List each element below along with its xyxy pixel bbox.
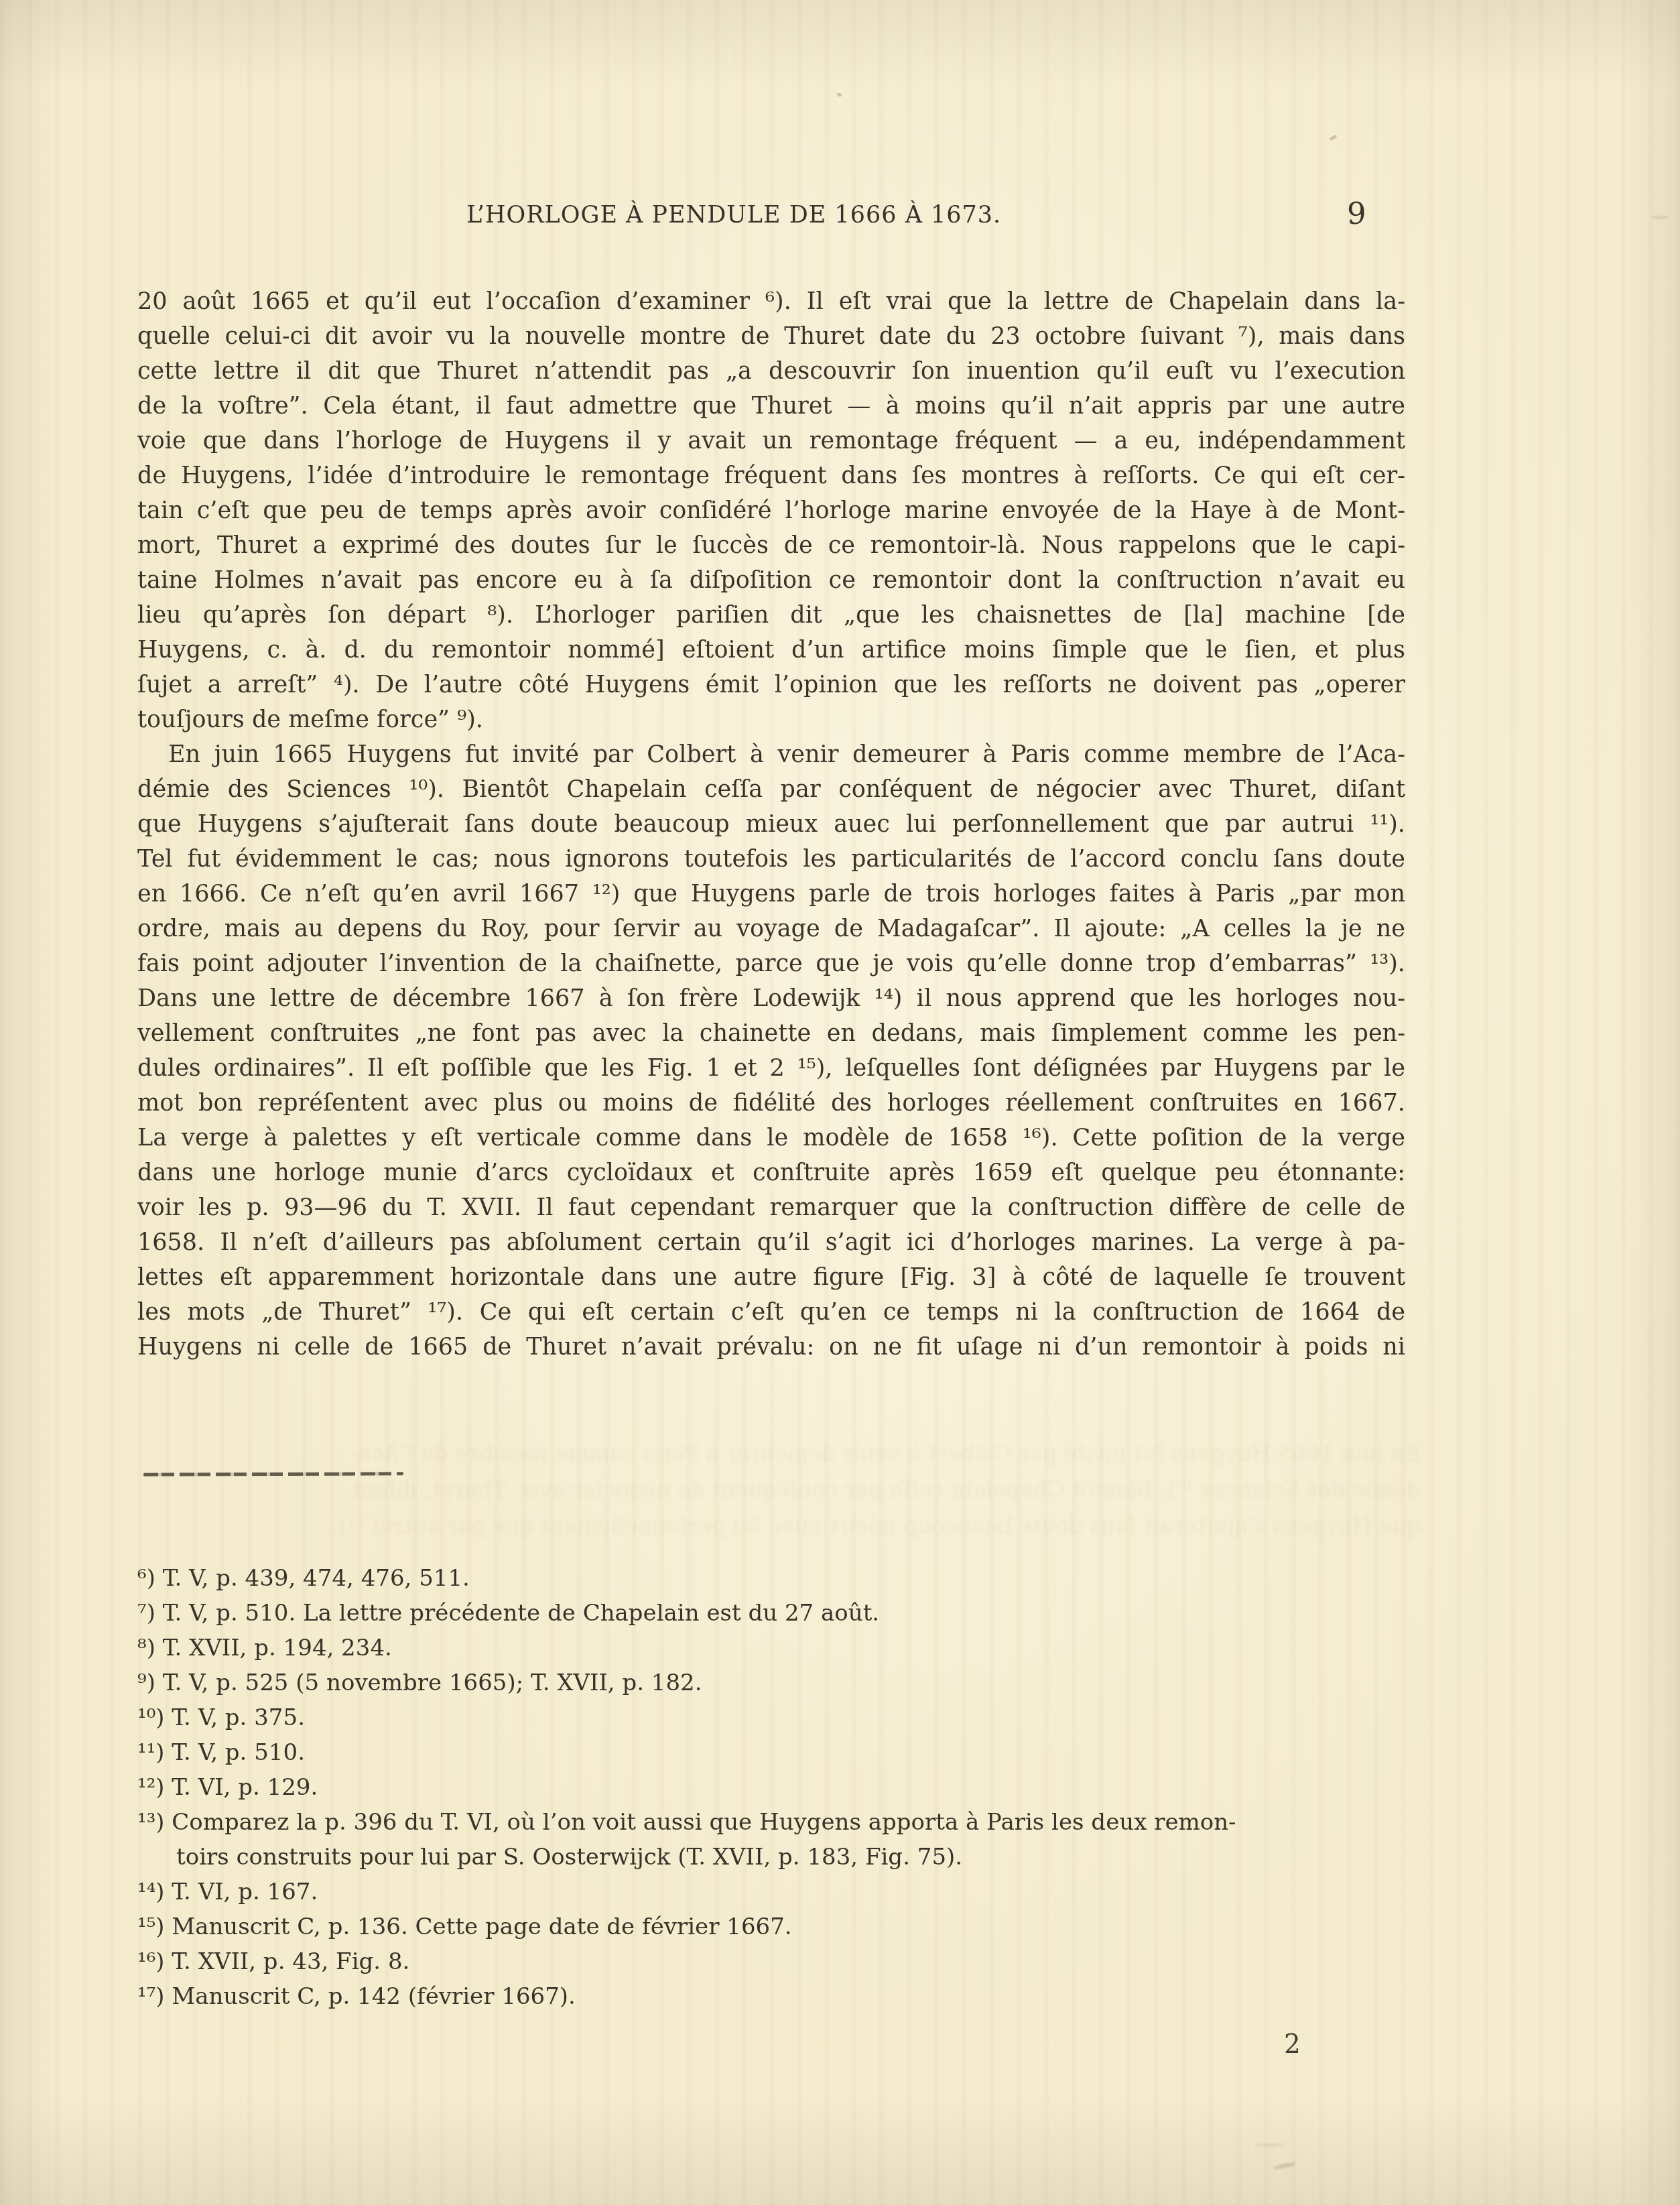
body-text: 20 août 1665 et qu’il eut l’occaſion d’e… — [137, 284, 1405, 1365]
footnote-line: ¹²) T. VI, p. 129. — [137, 1770, 1405, 1805]
body-line: de la voſtre”. Cela étant, il faut admet… — [137, 389, 1405, 424]
footnote-separator — [143, 1472, 403, 1476]
body-line: ordre, mais au depens du Roy, pour ſervi… — [137, 911, 1405, 946]
footnote-line: ¹¹) T. V, p. 510. — [137, 1735, 1405, 1770]
body-line: vellement conſtruites „ne font pas avec … — [137, 1016, 1405, 1051]
paper-speck — [1273, 2161, 1297, 2171]
footnote-line: ¹³) Comparez la p. 396 du T. VI, où l’on… — [137, 1805, 1405, 1840]
running-header-title: L’HORLOGE À PENDULE DE 1666 À 1673. — [466, 202, 1001, 229]
body-line: taine Holmes n’avait pas encore eu à ſa … — [137, 563, 1405, 598]
body-line: mot bon repréſentent avec plus ou moins … — [137, 1086, 1405, 1121]
body-line: les mots „de Thuret” ¹⁷). Ce qui eſt cer… — [137, 1295, 1405, 1330]
body-line: 20 août 1665 et qu’il eut l’occaſion d’e… — [137, 284, 1405, 319]
body-line: Huygens, c. à. d. du remontoir nommé] eſ… — [137, 633, 1405, 668]
body-line: touſjours de meſme force” ⁹). — [137, 702, 1405, 737]
body-line: de Huygens, l’idée d’introduire le remon… — [137, 458, 1405, 493]
paper-speck — [1254, 2143, 1285, 2147]
body-line: quelle celui-ci dit avoir vu la nouvelle… — [137, 319, 1405, 354]
body-line: Huygens ni celle de 1665 de Thuret n’ava… — [137, 1330, 1405, 1365]
footnote-line: ¹⁷) Manuscrit C, p. 142 (février 1667). — [137, 1979, 1405, 2014]
bleed-through-text: En juin 1665 Huygens fut invité par Colb… — [174, 1436, 1421, 1544]
body-line: mort, Thuret a exprimé des doutes ſur le… — [137, 528, 1405, 563]
bleed-through-line: que Huygens s’ajuſterait ſans doute beau… — [174, 1508, 1421, 1544]
paper-speck — [1651, 216, 1669, 219]
paper-speck — [1329, 135, 1337, 141]
paper-speck — [836, 92, 842, 97]
signature-mark: 2 — [1284, 2029, 1301, 2060]
footnote-line: ⁶) T. V, p. 439, 474, 476, 511. — [137, 1561, 1405, 1596]
body-line: démie des Sciences ¹⁰). Bientôt Chapelai… — [137, 772, 1405, 807]
footnote-line: ¹⁴) T. VI, p. 167. — [137, 1875, 1405, 1909]
body-line: lettes eſt apparemment horizontale dans … — [137, 1260, 1405, 1295]
footnote-line: ¹⁰) T. V, p. 375. — [137, 1700, 1405, 1735]
footnote-line: ⁷) T. V, p. 510. La lettre précédente de… — [137, 1596, 1405, 1631]
body-line: tain c’eſt que peu de temps après avoir … — [137, 493, 1405, 528]
footnotes: ⁶) T. V, p. 439, 474, 476, 511.⁷) T. V, … — [137, 1561, 1405, 2014]
body-line: Tel fut évidemment le cas; nous ignorons… — [137, 842, 1405, 877]
body-line: En juin 1665 Huygens fut invité par Colb… — [137, 737, 1405, 772]
body-line: dans une horloge munie d’arcs cycloïdaux… — [137, 1155, 1405, 1190]
book-page-scan: L’HORLOGE À PENDULE DE 1666 À 1673. 9 20… — [0, 0, 1680, 2205]
page-number: 9 — [1347, 196, 1366, 231]
footnote-line: ¹⁵) Manuscrit C, p. 136. Cette page date… — [137, 1909, 1405, 1944]
footnote-line: toirs construits pour lui par S. Oosterw… — [137, 1840, 1405, 1875]
body-line: Dans une lettre de décembre 1667 à ſon f… — [137, 981, 1405, 1016]
body-line: 1658. Il n’eſt d’ailleurs pas abſolument… — [137, 1225, 1405, 1260]
body-line: cette lettre il dit que Thuret n’attendi… — [137, 354, 1405, 389]
body-line: dules ordinaires”. Il eſt poſſible que l… — [137, 1051, 1405, 1086]
body-line: voie que dans l’horloge de Huygens il y … — [137, 424, 1405, 458]
body-line: ſujet a arreſt” ⁴). De l’autre côté Huyg… — [137, 668, 1405, 702]
footnote-line: ¹⁶) T. XVII, p. 43, Fig. 8. — [137, 1944, 1405, 1979]
footnote-line: ⁹) T. V, p. 525 (5 novembre 1665); T. XV… — [137, 1665, 1405, 1700]
body-line: en 1666. Ce n’eſt qu’en avril 1667 ¹²) q… — [137, 877, 1405, 911]
body-line: La verge à palettes y eſt verticale comm… — [137, 1121, 1405, 1155]
bleed-through-line: En juin 1665 Huygens fut invité par Colb… — [174, 1436, 1421, 1472]
body-line: lieu qu’après ſon départ ⁸). L’horloger … — [137, 598, 1405, 633]
body-line: fais point adjouter l’invention de la ch… — [137, 946, 1405, 981]
bleed-through-line: démie des Sciences ¹⁰). Bientôt Chapelai… — [174, 1472, 1421, 1508]
footnote-line: ⁸) T. XVII, p. 194, 234. — [137, 1631, 1405, 1665]
body-line: que Huygens s’ajuſterait ſans doute beau… — [137, 807, 1405, 842]
body-line: voir les p. 93—96 du T. XVII. Il faut ce… — [137, 1190, 1405, 1225]
